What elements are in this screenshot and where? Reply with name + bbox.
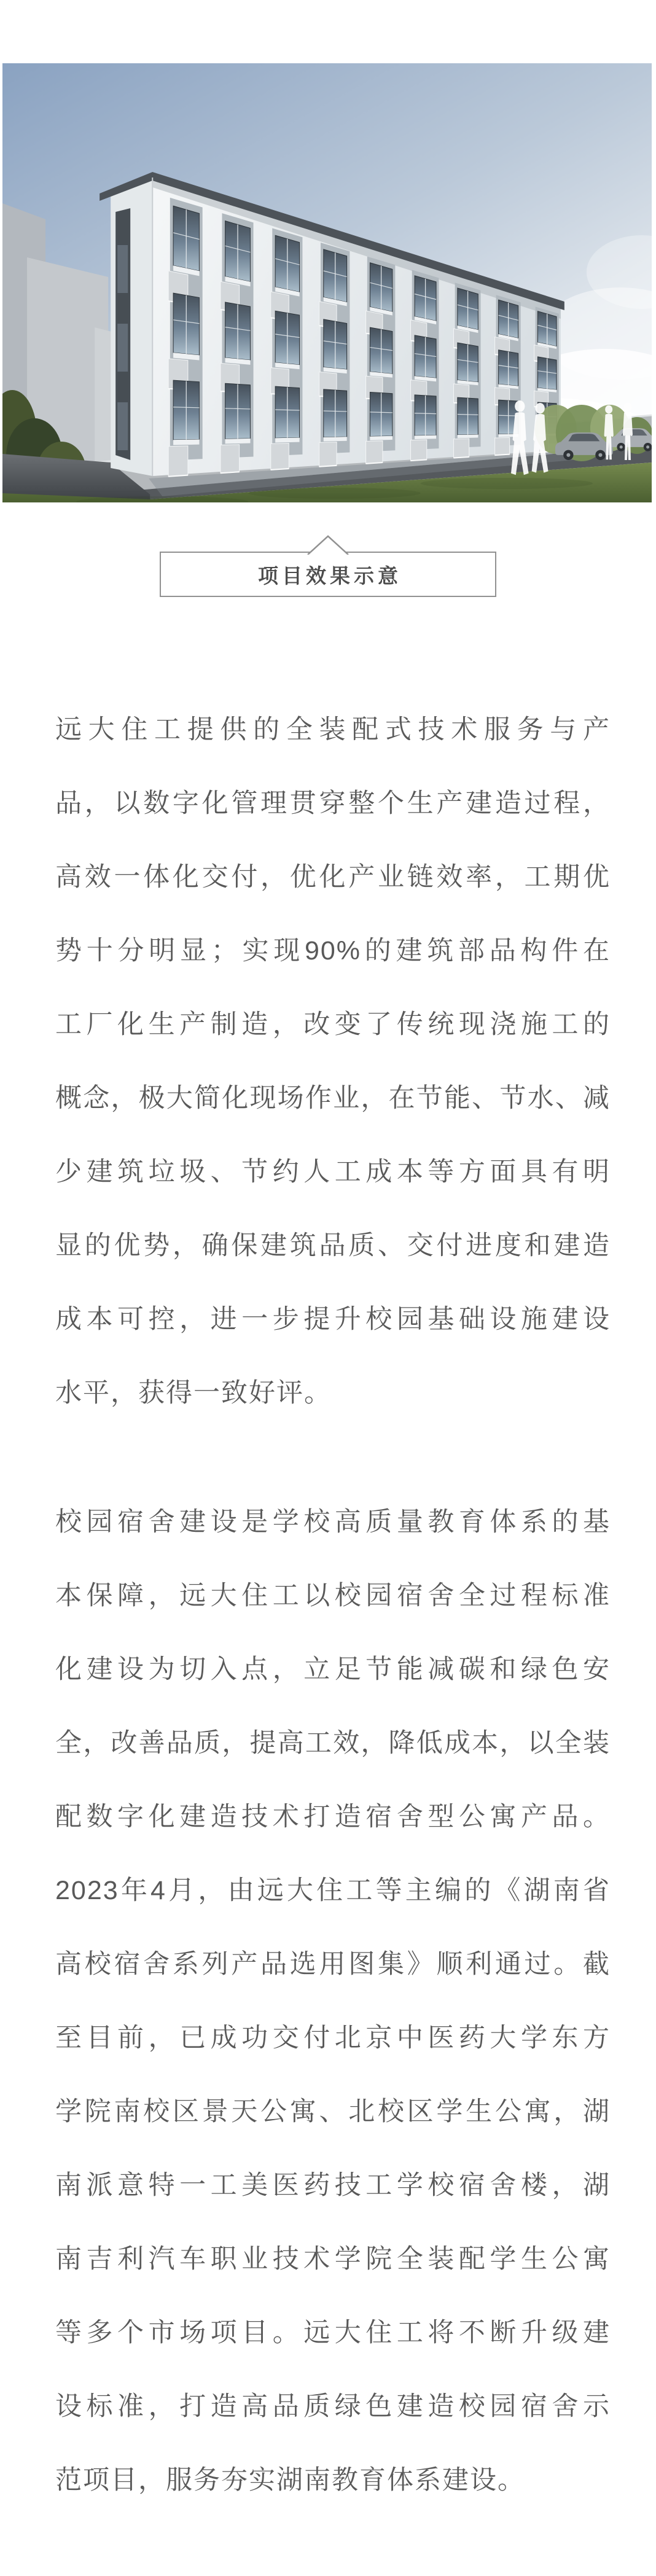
article-page: 项目效果示意 远大住工提供的全装配式技术服务与产品，以数字化管理贯穿整个生产建造…	[0, 0, 656, 2576]
photo-caption: 项目效果示意	[160, 552, 496, 597]
text-line: 校园宿舍建设是学校高质量教育体系的基	[55, 1485, 611, 1559]
text-line: 2023年4月，由远大住工等主编的《湖南省	[55, 1854, 611, 1927]
text-line: 势十分明显；实现90%的建筑部品构件在	[55, 914, 611, 988]
text-line: 概念，极大简化现场作业，在节能、节水、减	[55, 1061, 611, 1135]
text-line: 南吉利汽车职业技术学院全装配学生公寓	[55, 2222, 611, 2296]
building-rendering-photo	[2, 63, 652, 502]
text-line: 至目前，已成功交付北京中医药大学东方	[55, 2001, 611, 2075]
text-line: 水平，获得一致好评。	[55, 1356, 611, 1430]
text-line: 显的优势，确保建筑品质、交付进度和建造	[55, 1209, 611, 1282]
text-line: 少建筑垃圾、节约人工成本等方面具有明	[55, 1135, 611, 1209]
paragraph: 远大住工提供的全装配式技术服务与产品，以数字化管理贯穿整个生产建造过程，高效一体…	[55, 693, 611, 1430]
text-line: 南派意特一工美医药技工学校宿舍楼，湖	[55, 2149, 611, 2222]
text-line: 品，以数字化管理贯穿整个生产建造过程，	[55, 767, 611, 840]
text-line: 全，改善品质，提高工效，降低成本，以全装	[55, 1706, 611, 1780]
text-line: 高效一体化交付，优化产业链效率，工期优	[55, 840, 611, 914]
article-body: 远大住工提供的全装配式技术服务与产品，以数字化管理贯穿整个生产建造过程，高效一体…	[0, 693, 656, 2517]
text-line: 设标准，打造高品质绿色建造校园宿舍示	[55, 2370, 611, 2443]
text-line: 远大住工提供的全装配式技术服务与产	[55, 693, 611, 767]
paragraph: 校园宿舍建设是学校高质量教育体系的基本保障，远大住工以校园宿舍全过程标准化建设为…	[55, 1485, 611, 2517]
text-line: 学院南校区景天公寓、北校区学生公寓，湖	[55, 2075, 611, 2149]
text-line: 化建设为切入点，立足节能减碳和绿色安	[55, 1633, 611, 1706]
caption-box: 项目效果示意	[160, 552, 496, 597]
text-line: 成本可控，进一步提升校园基础设施建设	[55, 1282, 611, 1356]
text-line: 本保障，远大住工以校园宿舍全过程标准	[55, 1559, 611, 1633]
caption-label: 项目效果示意	[254, 560, 402, 589]
text-line: 高校宿舍系列产品选用图集》顺利通过。截	[55, 1927, 611, 2001]
hero-figure: 项目效果示意	[0, 63, 656, 597]
text-line: 范项目，服务夯实湖南教育体系建设。	[55, 2443, 611, 2517]
caption-caret-icon	[307, 534, 349, 555]
text-line: 工厂化生产制造，改变了传统现浇施工的	[55, 988, 611, 1061]
text-line: 等多个市场项目。远大住工将不断升级建	[55, 2296, 611, 2370]
text-line: 配数字化建造技术打造宿舍型公寓产品。	[55, 1780, 611, 1854]
building-rendering-illustration	[2, 63, 652, 502]
